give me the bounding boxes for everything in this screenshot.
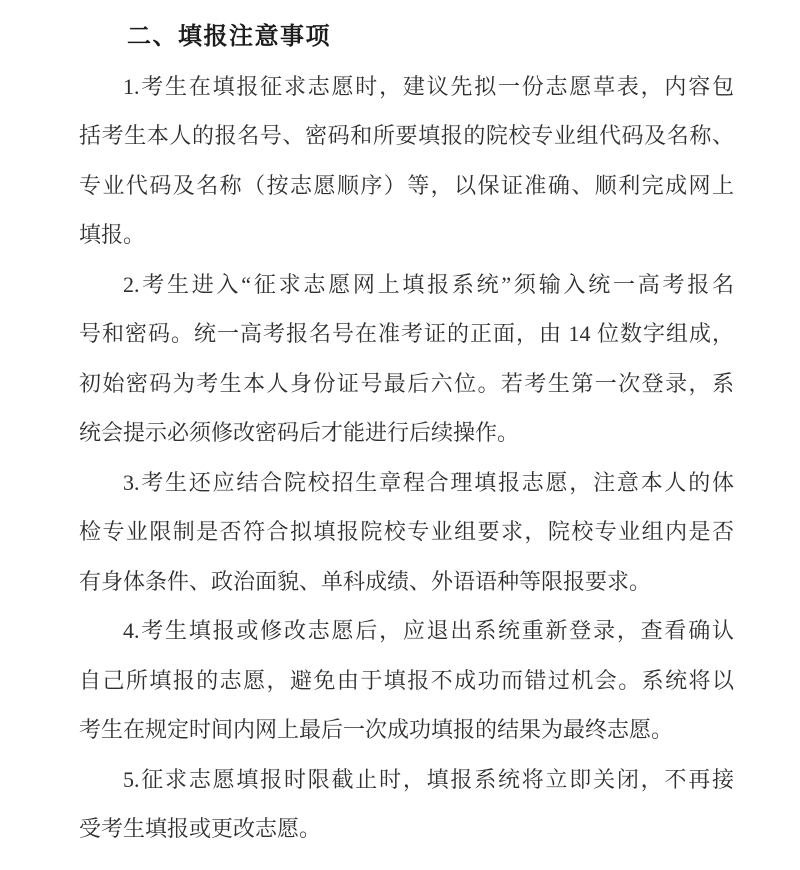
paragraph-line: 统会提示必须修改密码后才能进行后续操作。	[79, 408, 734, 458]
paragraph-line: 检专业限制是否符合拟填报院校专业组要求，院校专业组内是否	[79, 507, 734, 557]
paragraph-line: 考生在规定时间内网上最后一次成功填报的结果为最终志愿。	[79, 705, 734, 755]
document-body: 1.考生在填报征求志愿时，建议先拟一份志愿草表，内容包括考生本人的报名号、密码和…	[79, 62, 734, 854]
document-content: 二、填报注意事项 1.考生在填报征求志愿时，建议先拟一份志愿草表，内容包括考生本…	[79, 12, 734, 854]
section-heading: 二、填报注意事项	[79, 12, 734, 62]
paragraph-line: 专业代码及名称（按志愿顺序）等，以保证准确、顺利完成网上	[79, 161, 734, 211]
paragraph-line: 3.考生还应结合院校招生章程合理填报志愿，注意本人的体	[79, 458, 734, 508]
paragraph-line: 5.征求志愿填报时限截止时，填报系统将立即关闭，不再接	[79, 755, 734, 805]
paragraph-line: 自己所填报的志愿，避免由于填报不成功而错过机会。系统将以	[79, 656, 734, 706]
paragraph-line: 2.考生进入“征求志愿网上填报系统”须输入统一高考报名	[79, 260, 734, 310]
document-page: 二、填报注意事项 1.考生在填报征求志愿时，建议先拟一份志愿草表，内容包括考生本…	[0, 0, 800, 870]
paragraph-line: 有身体条件、政治面貌、单科成绩、外语语种等限报要求。	[79, 557, 734, 607]
paragraph-line: 4.考生填报或修改志愿后，应退出系统重新登录，查看确认	[79, 606, 734, 656]
paragraph-line: 初始密码为考生本人身份证号最后六位。若考生第一次登录，系	[79, 359, 734, 409]
paragraph-line: 受考生填报或更改志愿。	[79, 804, 734, 854]
paragraph-line: 填报。	[79, 210, 734, 260]
paragraph-line: 括考生本人的报名号、密码和所要填报的院校专业组代码及名称、	[79, 111, 734, 161]
paragraph-line: 1.考生在填报征求志愿时，建议先拟一份志愿草表，内容包	[79, 62, 734, 112]
paragraph-line: 号和密码。统一高考报名号在准考证的正面，由 14 位数字组成，	[79, 309, 734, 359]
